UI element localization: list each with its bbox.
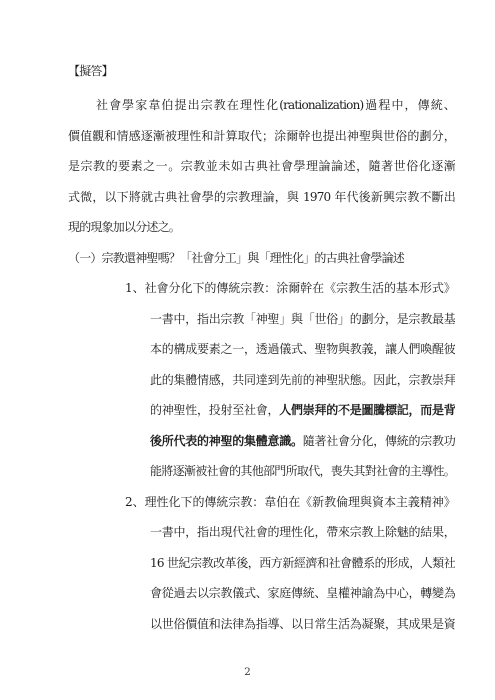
intro-line: 現的現象加以分述之。 bbox=[68, 212, 455, 243]
answer-content: 【擬答】 社會學家韋伯提出宗教在理性化(rationalization)過程中，… bbox=[68, 53, 455, 639]
item-text-bold: 後所代表的神聖的集體意識。 bbox=[150, 434, 303, 448]
item-title: 理性化下的傳統宗教：韋伯在《新教倫理與資本主義精神》 bbox=[145, 495, 455, 509]
intro-line: 社會學家韋伯提出宗教在理性化(rationalization)過程中，傳統、 bbox=[68, 90, 455, 121]
item-line: 能將逐漸被社會的其他部門所取代，喪失其對社會的主導性。 bbox=[68, 456, 455, 487]
intro-line: 是宗教的要素之一。宗教並未如古典社會學理論論述，隨著世俗化逐漸 bbox=[68, 151, 455, 182]
item-text: 的神聖性，投射至社會， bbox=[150, 403, 279, 417]
item-line: 本的構成要素之一，透過儀式、聖物與教義，讓人們喚醒彼 bbox=[68, 334, 455, 365]
item-line: 一書中，指出宗教「神聖」與「世俗」的劃分，是宗教最基 bbox=[68, 304, 455, 335]
item-line: 1、社會分化下的傳統宗教：涂爾幹在《宗教生活的基本形式》 bbox=[68, 273, 455, 304]
item-marker: 1、 bbox=[125, 281, 145, 295]
item-line: 2、理性化下的傳統宗教：韋伯在《新教倫理與資本主義精神》 bbox=[68, 487, 455, 518]
answer-label: 【擬答】 bbox=[68, 53, 455, 90]
item-marker: 2、 bbox=[125, 495, 145, 509]
document-page: 【擬答】 社會學家韋伯提出宗教在理性化(rationalization)過程中，… bbox=[0, 0, 495, 700]
item-line: 16 世紀宗教改革後，西方新經濟和社會體系的形成，人類社 bbox=[68, 548, 455, 579]
item-text: 隨著社會分化，傳統的宗教功 bbox=[303, 434, 455, 448]
item-text-bold: 人們崇拜的不是圖騰標記，而是背 bbox=[279, 403, 455, 417]
item-title: 社會分化下的傳統宗教：涂爾幹在《宗教生活的基本形式》 bbox=[145, 281, 455, 295]
intro-line: 價值觀和情感逐漸被理性和計算取代；涂爾幹也提出神聖與世俗的劃分， bbox=[68, 121, 455, 152]
item-line: 此的集體情感，共同達到先前的神聖狀態。因此，宗教崇拜 bbox=[68, 365, 455, 396]
item-line: 會從過去以宗教儀式、家庭傳統、皇權神諭為中心，轉變為 bbox=[68, 578, 455, 609]
section-heading: （一）宗教還神聖嗎？「社會分工」與「理性化」的古典社會學論述 bbox=[68, 243, 455, 274]
intro-line: 式微，以下將就古典社會學的宗教理論，與 1970 年代後新興宗教不斷出 bbox=[68, 182, 455, 213]
item-line: 以世俗價值和法律為指導、以日常生活為凝聚，其成果是資 bbox=[68, 609, 455, 640]
item-line: 後所代表的神聖的集體意識。隨著社會分化，傳統的宗教功 bbox=[68, 426, 455, 457]
item-line: 一書中，指出現代社會的理性化，帶來宗教上除魅的結果， bbox=[68, 517, 455, 548]
item-line: 的神聖性，投射至社會，人們崇拜的不是圖騰標記，而是背 bbox=[68, 395, 455, 426]
page-number: 2 bbox=[0, 666, 495, 678]
